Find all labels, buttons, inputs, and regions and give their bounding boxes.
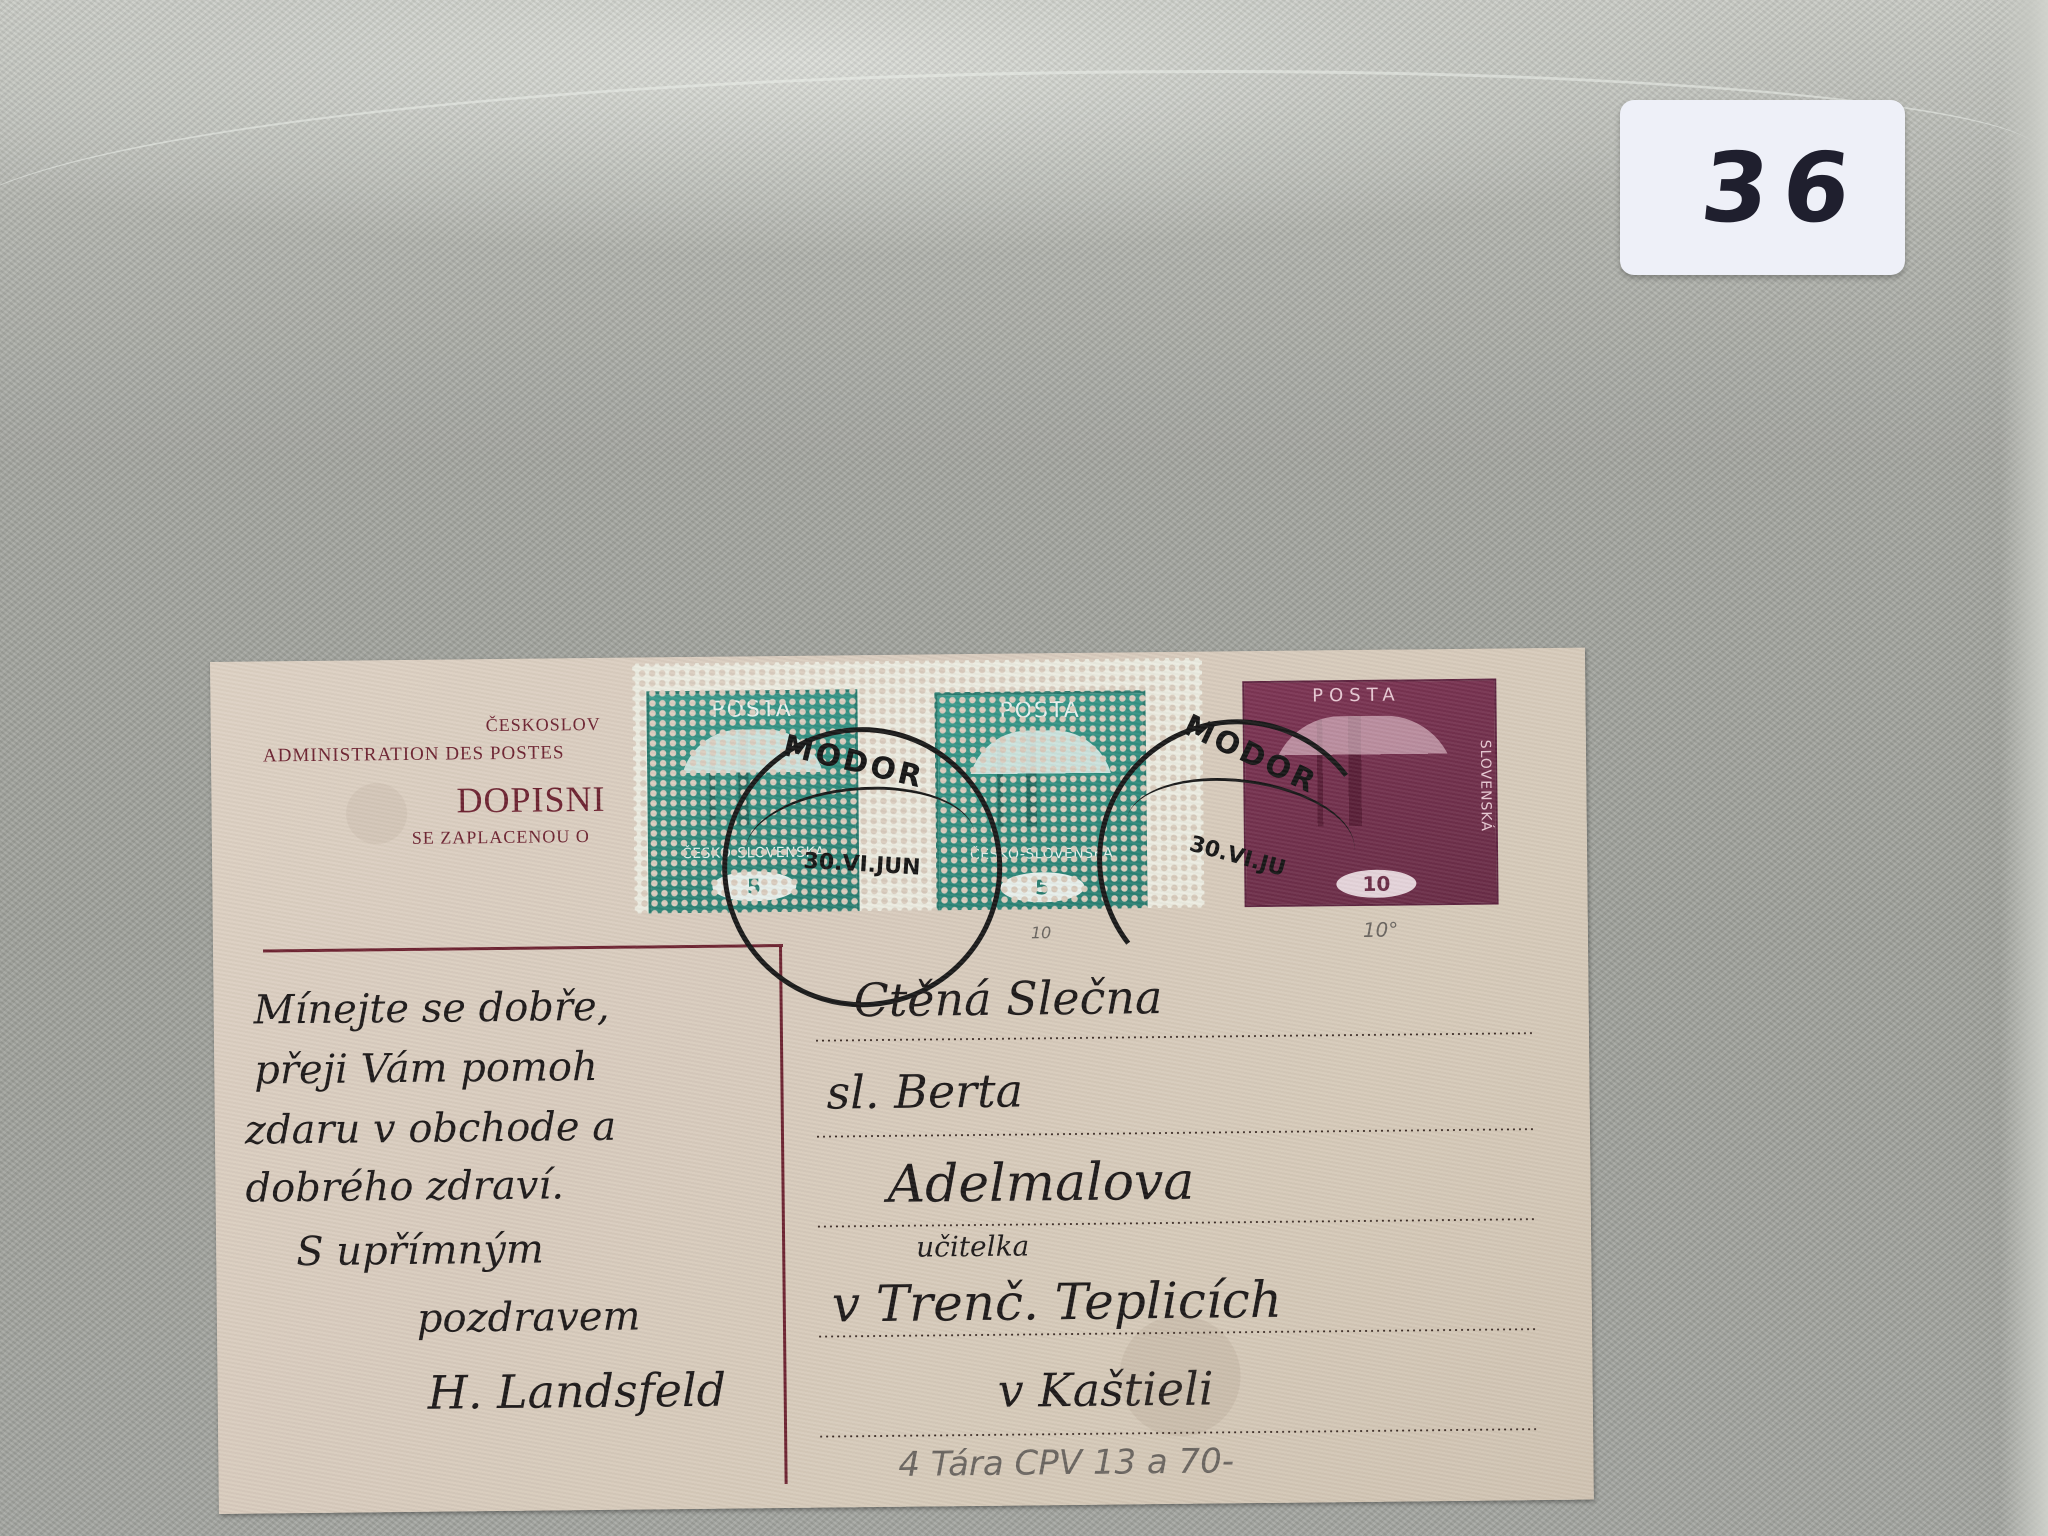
lot-number-label: 36	[1620, 100, 1905, 275]
message-line: pozdravem	[417, 1294, 641, 1342]
divider-horizontal	[263, 944, 783, 952]
pencil-note-imprint: 10°	[1363, 918, 1399, 942]
card-header-country: ČESKOSLOV	[486, 714, 601, 736]
divider-vertical	[779, 944, 788, 1484]
stamp-value: 5	[1000, 872, 1084, 903]
card-subtitle: SE ZAPLACENOU O	[412, 826, 590, 849]
message-line: dobrého zdraví.	[245, 1162, 564, 1211]
signature: H. Landsfeld	[427, 1363, 726, 1420]
message-line: Mínejte se dobře,	[253, 984, 609, 1034]
message-line: S upřímným	[296, 1227, 544, 1276]
message-line: přeji Vám pomoh	[254, 1044, 598, 1094]
address-dotline	[814, 1032, 1534, 1042]
address-dotline	[816, 1218, 1536, 1228]
pencil-note-small: 10	[1031, 923, 1052, 942]
stamp-word: POSTA	[937, 697, 1142, 724]
address-line: v Trenč. Teplicích	[831, 1271, 1282, 1334]
imprint-word: POSTA	[1244, 684, 1468, 707]
message-line: zdaru v obchode a	[245, 1104, 617, 1154]
address-line: Ctěná Slečna	[853, 970, 1162, 1027]
address-line: v Kaštieli	[997, 1362, 1213, 1418]
imprint-side-text: SLOVENSKÁ	[1470, 701, 1494, 871]
album-edge	[2000, 0, 2048, 1536]
address-line: Adelmalova	[887, 1152, 1194, 1215]
address-line: učitelka	[916, 1229, 1029, 1263]
address-line: sl. Berta	[826, 1064, 1023, 1120]
card-header-admin: ADMINISTRATION DES POSTES	[263, 742, 565, 767]
lot-number: 36	[1696, 132, 1869, 244]
postcard: ČESKOSLOV ADMINISTRATION DES POSTES DOPI…	[210, 648, 1594, 1514]
address-dotline	[818, 1428, 1538, 1438]
card-title: DOPISNI	[456, 778, 605, 822]
address-dotline	[815, 1128, 1535, 1138]
pencil-note-bottom: 4 Tára CPV 13 a 70-	[898, 1441, 1234, 1485]
